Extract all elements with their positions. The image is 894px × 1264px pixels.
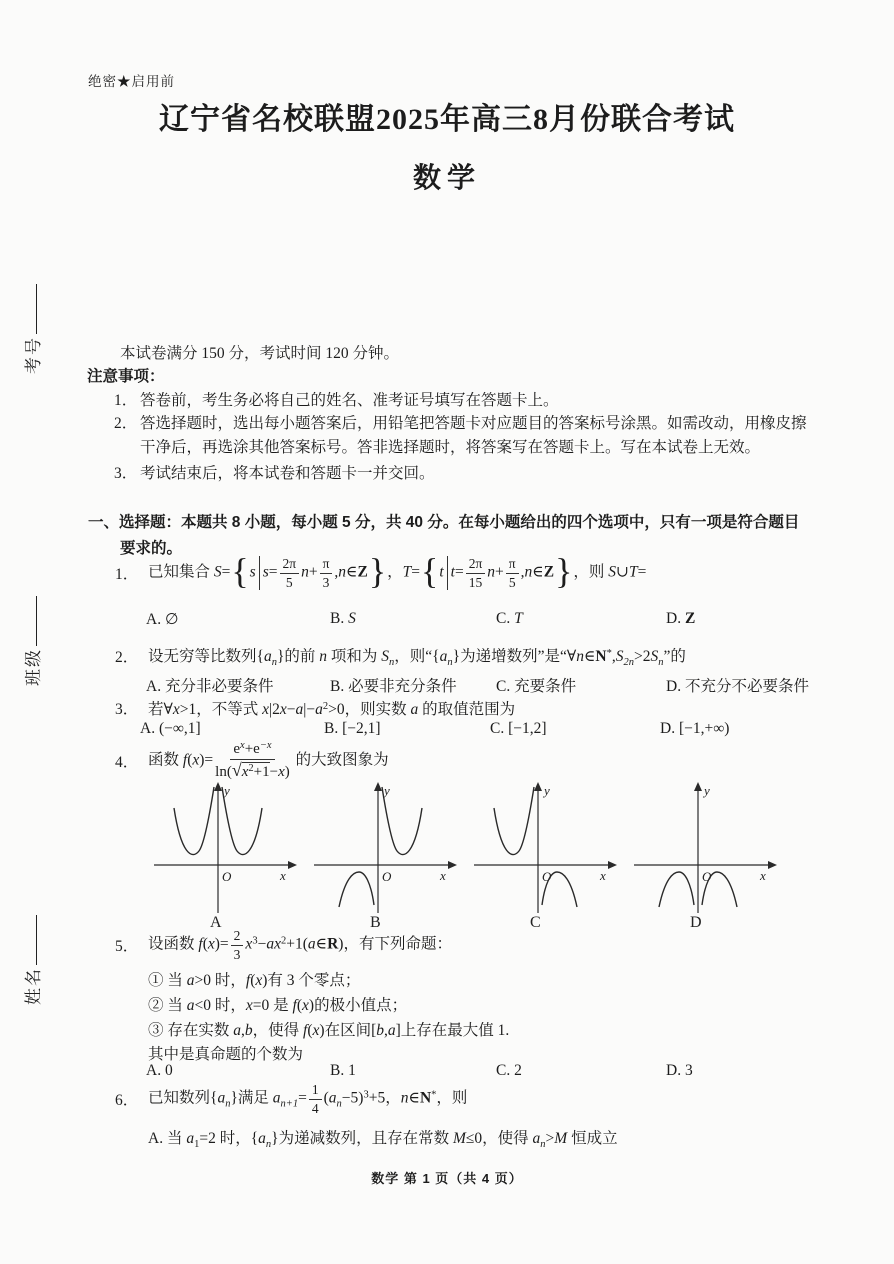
question-stem: 函数 f(x)=ex+e−xln(√x2+1−x) 的大致图象为 xyxy=(148,740,815,782)
question-stem: 已知数列{an}满足 an+1=14(an−5)3+5，n∈N*，则 xyxy=(148,1082,815,1116)
question-number: 4． xyxy=(115,750,148,772)
seal-field-label: 班级 xyxy=(19,648,44,686)
origin-label: O xyxy=(382,869,392,884)
question-number: 5． xyxy=(115,934,148,956)
exam-paper-page: 绝密★启用前 辽宁省名校联盟2025年高三8月份联合考试 数学 考号 班级 姓名… xyxy=(0,0,894,1264)
note-item-1: 1． 答卷前，考生务必将自己的姓名、准考证号填写在答题卡上。 xyxy=(114,389,559,413)
option-a: A. ∅ xyxy=(146,610,330,629)
page-footer: 数学 第 1 页（共 4 页） xyxy=(0,1168,894,1187)
question-number: 3． xyxy=(115,697,148,719)
seal-field-underline xyxy=(19,915,37,965)
option-d: D. 3 xyxy=(666,1062,816,1080)
option-a: A. 0 xyxy=(146,1062,330,1080)
question-3-options: A. (−∞,1] B. [−2,1] C. [−1,2] D. [−1,+∞) xyxy=(140,720,810,738)
y-axis-arrow xyxy=(214,782,222,791)
seal-field-exam-number: 考号 xyxy=(19,262,65,374)
note-number: 2． xyxy=(114,412,140,460)
question-6: 6． 已知数列{an}满足 an+1=14(an−5)3+5，n∈N*，则 xyxy=(115,1082,815,1116)
seal-field-class: 班级 xyxy=(19,574,65,686)
option-b: B. S xyxy=(330,610,496,629)
question-number: 6． xyxy=(115,1088,148,1110)
x-axis-label: x xyxy=(759,868,766,883)
option-d: D. [−1,+∞) xyxy=(660,720,810,738)
question-stem: 设无穷等比数列{an}的前 n 项和为 Sn，则“{an}为递增数列”是“∀n∈… xyxy=(148,644,815,668)
x-axis-arrow xyxy=(608,861,617,869)
exam-title: 辽宁省名校联盟2025年高三8月份联合考试 xyxy=(0,94,894,138)
question-4: 4． 函数 f(x)=ex+e−xln(√x2+1−x) 的大致图象为 xyxy=(115,740,815,782)
question-1: 1． 已知集合 S={ss=2π5n+π3,n∈Z}，T={tt=2π15n+π… xyxy=(115,556,815,590)
x-axis-arrow xyxy=(448,861,457,869)
y-axis-label: y xyxy=(542,783,550,798)
seal-field-label: 考号 xyxy=(19,336,44,374)
note-text: 考试结束后，将本试卷和答题卡一并交回。 xyxy=(140,462,435,486)
note-number: 3． xyxy=(114,462,140,486)
option-c: C. T xyxy=(496,610,666,629)
question-6-option-a: A. 当 a1=2 时，{an}为递减数列，且存在常数 M≤0，使得 an>M … xyxy=(148,1126,618,1150)
x-axis-arrow xyxy=(288,861,297,869)
y-axis-arrow xyxy=(534,782,542,791)
option-a: A. (−∞,1] xyxy=(140,720,324,738)
option-b: B. [−2,1] xyxy=(324,720,490,738)
y-axis-arrow xyxy=(374,782,382,791)
y-axis-label: y xyxy=(382,783,390,798)
question-5-tail: 其中是真命题的个数为 xyxy=(148,1042,303,1064)
exam-info: 本试卷满分 150 分，考试时间 120 分钟。 xyxy=(120,341,399,363)
curve xyxy=(659,872,694,907)
x-axis-arrow xyxy=(768,861,777,869)
note-item-2: 2． 答选择题时，选出每小题答案后，用铅笔把答题卡对应题目的答案标号涂黑。如需改… xyxy=(114,412,807,460)
option-c: C. 充要条件 xyxy=(496,674,666,696)
note-text: 答选择题时，选出每小题答案后，用铅笔把答题卡对应题目的答案标号涂黑。如需改动，用… xyxy=(140,412,807,460)
y-axis-label: y xyxy=(222,783,230,798)
seal-field-name: 姓名 xyxy=(19,893,65,1005)
x-axis-label: x xyxy=(599,868,606,883)
q4-graph-C: yxOC xyxy=(468,780,620,930)
question-stem: 设函数 f(x)=23x3−ax2+1(a∈R)，有下列命题： xyxy=(148,928,815,962)
curve xyxy=(494,787,534,855)
curve xyxy=(174,787,214,855)
q4-graph-D: yxOD xyxy=(628,780,780,930)
note-item-3: 3． 考试结束后，将本试卷和答题卡一并交回。 xyxy=(114,462,435,486)
option-b: B. 必要非充分条件 xyxy=(330,674,496,696)
y-axis-label: y xyxy=(702,783,710,798)
y-axis-arrow xyxy=(694,782,702,791)
note-text: 答卷前，考生务必将自己的姓名、准考证号填写在答题卡上。 xyxy=(140,389,559,413)
question-number: 2． xyxy=(115,645,148,667)
question-5-propositions: ① 当 a>0 时，f(x)有 3 个零点； ② 当 a<0 时，x=0 是 f… xyxy=(148,968,509,1043)
option-c: C. [−1,2] xyxy=(490,720,660,738)
proposition-2: ② 当 a<0 时，x=0 是 f(x)的极小值点； xyxy=(148,993,509,1018)
option-d: D. 不充分不必要条件 xyxy=(666,674,816,696)
note-number: 1． xyxy=(114,389,140,413)
x-axis-label: x xyxy=(439,868,446,883)
question-2: 2． 设无穷等比数列{an}的前 n 项和为 Sn，则“{an}为递增数列”是“… xyxy=(115,644,815,668)
notes-title: 注意事项： xyxy=(87,364,165,386)
question-5-options: A. 0 B. 1 C. 2 D. 3 xyxy=(146,1062,816,1080)
option-a: A. 充分非必要条件 xyxy=(146,674,330,696)
proposition-1: ① 当 a>0 时，f(x)有 3 个零点； xyxy=(148,968,509,993)
question-number: 1． xyxy=(115,562,148,584)
option-d: D. Z xyxy=(666,610,816,629)
section1-heading: 一、选择题：本题共 8 小题，每小题 5 分，共 40 分。在每小题给出的四个选… xyxy=(88,510,818,562)
question-3: 3． 若∀x>1，不等式 x|2x−a|−a2>0，则实数 a 的取值范围为 xyxy=(115,697,815,719)
origin-label: O xyxy=(222,869,232,884)
question-1-options: A. ∅ B. S C. T D. Z xyxy=(146,610,816,629)
q4-graph-A: yxOA xyxy=(148,780,300,930)
seal-field-underline xyxy=(19,284,37,334)
subject-title: 数学 xyxy=(0,156,894,196)
question-5: 5． 设函数 f(x)=23x3−ax2+1(a∈R)，有下列命题： xyxy=(115,928,815,962)
option-c: C. 2 xyxy=(496,1062,666,1080)
option-b: B. 1 xyxy=(330,1062,496,1080)
classification-label: 绝密★启用前 xyxy=(88,70,175,90)
proposition-3: ③ 存在实数 a,b，使得 f(x)在区间[b,a]上存在最大值 1. xyxy=(148,1018,509,1043)
question-2-options: A. 充分非必要条件 B. 必要非充分条件 C. 充要条件 D. 不充分不必要条… xyxy=(146,674,816,696)
seal-field-label: 姓名 xyxy=(19,967,44,1005)
q4-graph-B: yxOB xyxy=(308,780,460,930)
question-stem: 若∀x>1，不等式 x|2x−a|−a2>0，则实数 a 的取值范围为 xyxy=(148,697,815,719)
question-4-graphs: yxOA yxOB yxOC yxOD xyxy=(148,780,780,930)
origin-label: O xyxy=(702,869,712,884)
curve xyxy=(339,872,374,907)
x-axis-label: x xyxy=(279,868,286,883)
origin-label: O xyxy=(542,869,552,884)
question-stem: 已知集合 S={ss=2π5n+π3,n∈Z}，T={tt=2π15n+π5,n… xyxy=(148,556,815,590)
seal-field-underline xyxy=(19,596,37,646)
